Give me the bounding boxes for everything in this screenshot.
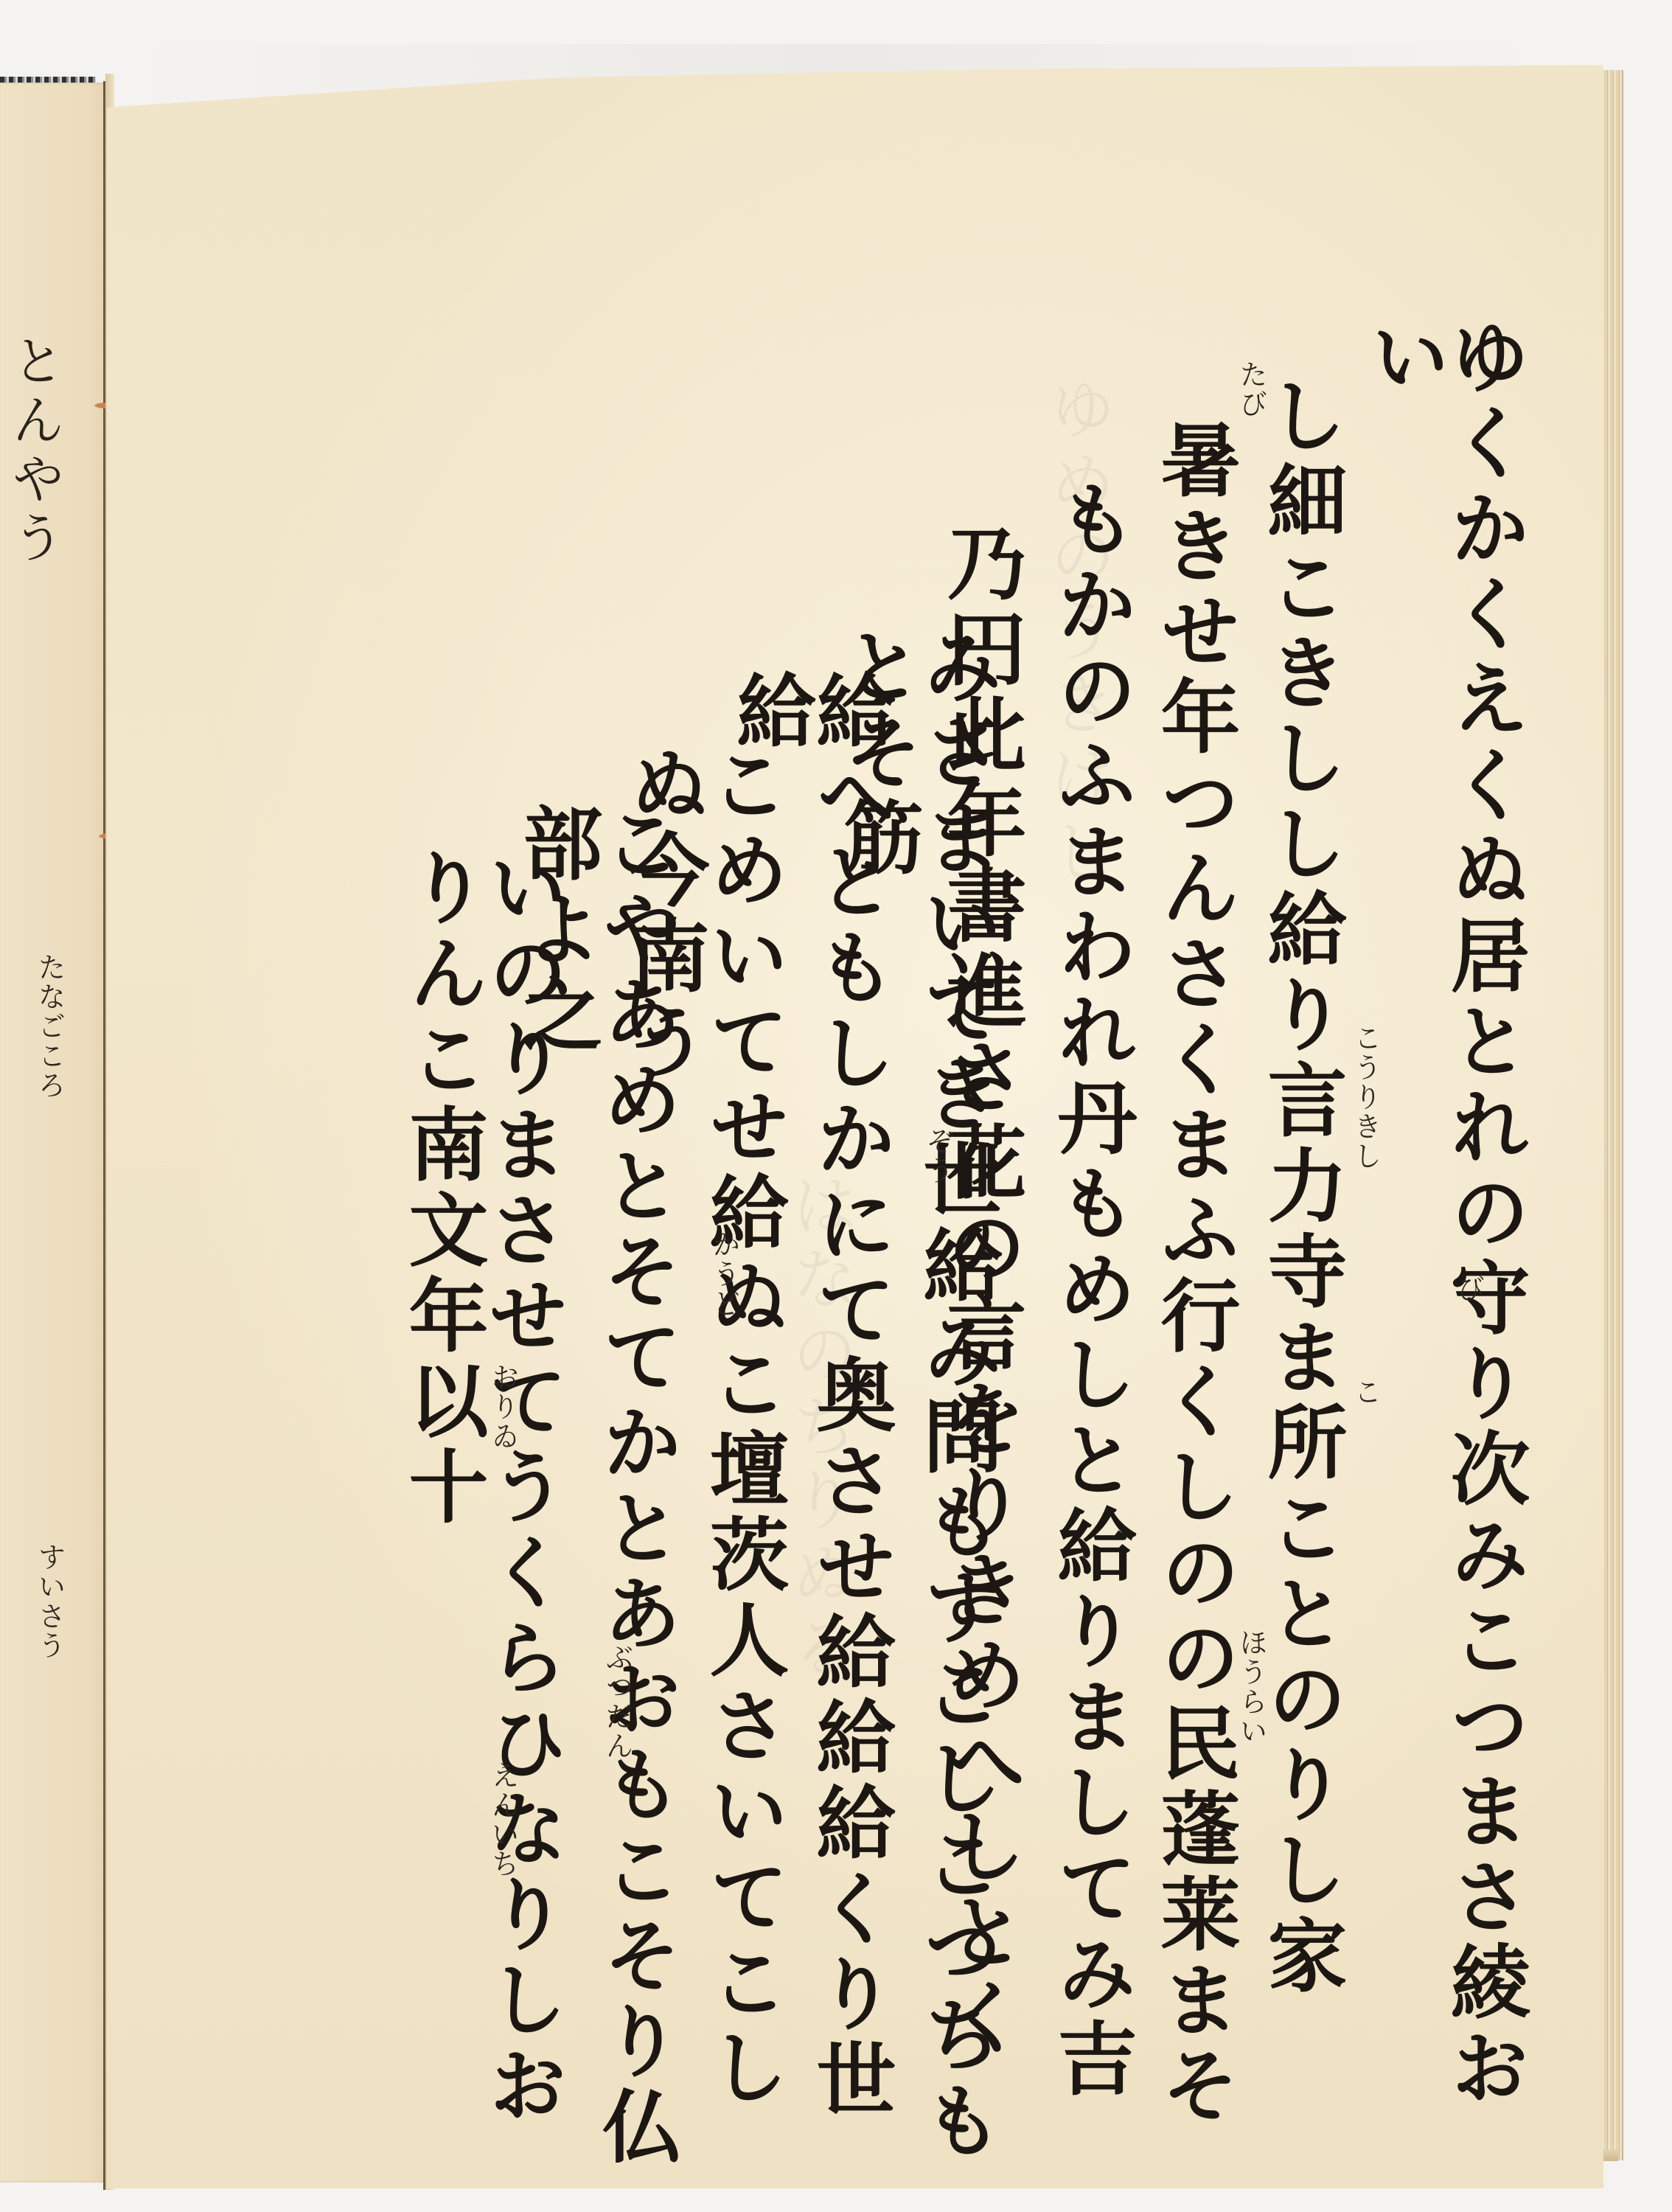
text-column-1: ゆくかくえくぬ居とれの守り次みこつまさ綾おい — [1364, 316, 1523, 2188]
furigana: ぶつだん — [597, 1643, 638, 1761]
text-column-2: し細こきしし給り言力寺ま所ことのりし家 — [1261, 375, 1340, 2000]
left-page-column: とんやう — [7, 333, 60, 569]
furigana: び — [1449, 1274, 1489, 1304]
furigana: おりゐ — [483, 1363, 523, 1451]
furigana: ほうらい — [1231, 1628, 1272, 1746]
furigana: ぞう — [918, 1127, 958, 1186]
furigana: かうど — [704, 1230, 745, 1318]
text-column-4: もかのふまわれ丹もめしと給りましてみ吉 — [1051, 478, 1130, 2103]
furigana: たなごころ — [29, 953, 70, 1100]
text-column-10: いのりまさせてうくらひなりしおりんこ南文年以十 — [402, 846, 561, 2188]
right-page: ゆめのうきはし はなのちりぬる ゆくかくえくぬ居とれの守り次みこつまさ綾おい び… — [107, 65, 1603, 2188]
furigana: こ — [1345, 1377, 1386, 1407]
furigana: えんいち — [483, 1761, 523, 1879]
furigana: こうりきし — [1345, 1023, 1386, 1171]
text-column-3: 暑きせ年つんさくまふ行くしのの民蓬莱まそ — [1154, 419, 1233, 2129]
left-page: とんやう たなごころ すいさう — [0, 83, 111, 2183]
furigana: すいさう — [29, 1543, 70, 1660]
furigana: たび — [1231, 360, 1272, 419]
